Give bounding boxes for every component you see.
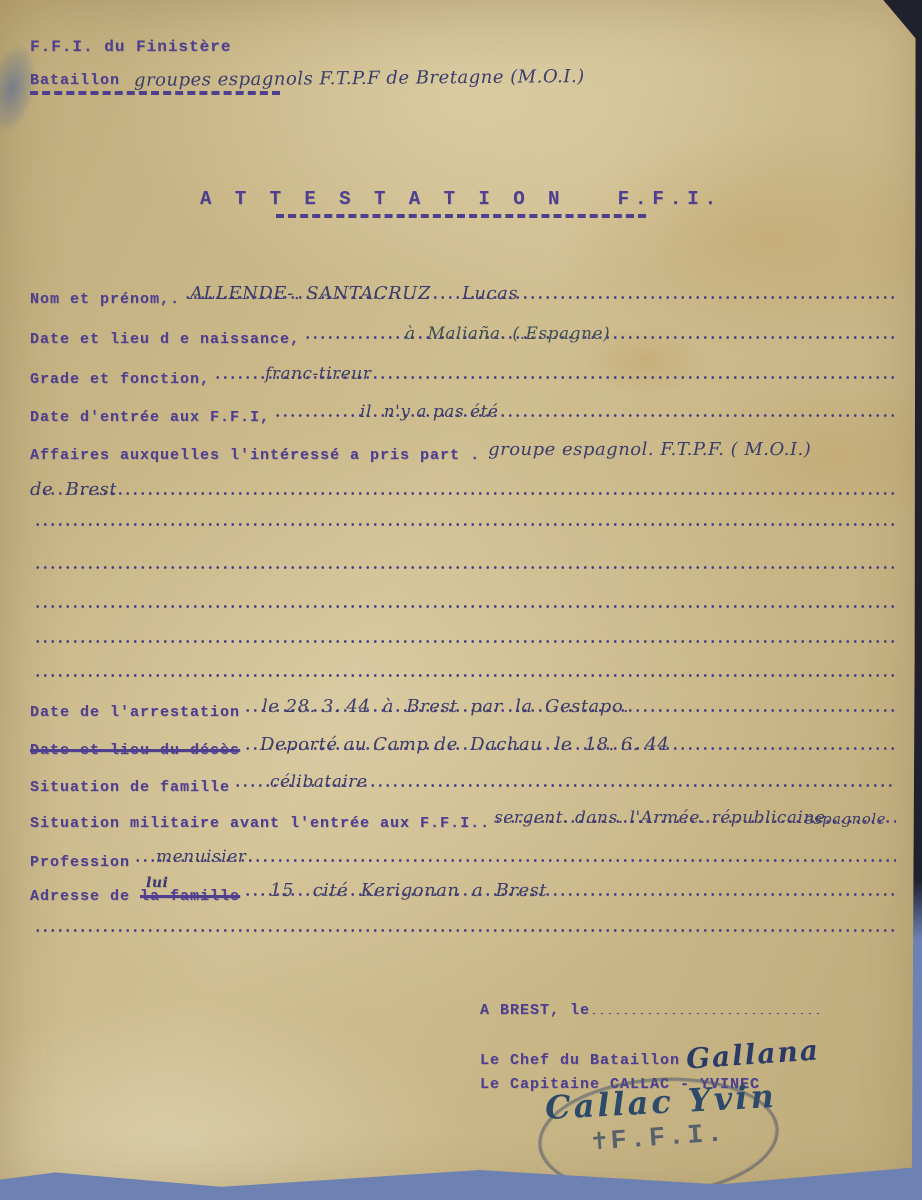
- dot-leader: [134, 858, 896, 863]
- field-affaires: Affaires auxquelles l'intéressé a pris p…: [30, 437, 896, 461]
- dot-leader: [34, 673, 896, 678]
- empty-dotted-line: [30, 551, 896, 575]
- field-famille-label: Situation de famille: [30, 779, 230, 796]
- field-militaire-label: Situation militaire avant l'entrée aux F…: [30, 815, 490, 832]
- place-date-label: A BREST, le: [480, 1002, 590, 1019]
- field-affaires-value: groupe espagnol. F.T.P.F. ( M.O.I.): [488, 439, 811, 460]
- field-deces-label-struck: Date et lieu du décès: [30, 742, 240, 759]
- field-arrestation-label: Date de l'arrestation: [30, 704, 240, 721]
- field-nom: Nom et prénom,. ALLENDE-. SANTACRUZ Luca…: [30, 281, 896, 305]
- dot-leader: [34, 565, 896, 570]
- field-deces: Date et lieu du décès Deporté au Camp de…: [30, 732, 896, 756]
- field-entree-ffi: Date d'entrée aux F.F.I, il n'y a pas ét…: [30, 399, 896, 423]
- empty-dotted-line: [30, 914, 896, 938]
- dashed-underline: [30, 91, 280, 95]
- field-naissance: Date et lieu d e naissance, à Maliaña. (…: [30, 321, 896, 345]
- field-deces-value: Deporté au Camp de Dachau le 18. 6. 44: [260, 734, 669, 755]
- organization-name: F.F.I. du Finistère: [30, 38, 585, 56]
- field-adresse-correction: lui: [146, 875, 168, 891]
- field-militaire-value: sergent. dans. l'Armée. républicaine: [494, 808, 825, 828]
- field-affaires-suite: de Brest: [30, 477, 896, 501]
- field-nom-value: ALLENDE-. SANTACRUZ Lucas: [190, 283, 518, 304]
- field-adresse-value: 15 cité Kerigonan a Brest: [270, 880, 547, 901]
- field-profession-label: Profession: [30, 854, 130, 871]
- dot-leader: [590, 1000, 820, 1014]
- field-adresse: Adresse de la famillelui 15 cité Kerigon…: [30, 878, 896, 902]
- field-affaires-label: Affaires auxquelles l'intéressé a pris p…: [30, 447, 480, 464]
- dot-leader: [34, 639, 896, 644]
- attestation-document-page: F.F.I. du Finistère Bataillon groupes es…: [0, 0, 922, 1200]
- field-profession: Profession menuisier: [30, 844, 896, 868]
- field-nom-label: Nom et prénom,.: [30, 291, 180, 308]
- dot-leader: [34, 604, 896, 609]
- field-militaire: Situation militaire avant l'entrée aux F…: [30, 805, 896, 829]
- field-affaires-suite-value: de Brest: [30, 479, 117, 500]
- field-profession-value: menuisier: [156, 847, 246, 867]
- field-arrestation: Date de l'arrestation le 28. 3. 44 à Bre…: [30, 694, 896, 718]
- field-adresse-label-prefix: Adresse de: [30, 888, 130, 905]
- field-entree-label: Date d'entrée aux F.F.I,: [30, 409, 270, 426]
- field-famille-value: célibataire: [270, 772, 368, 792]
- dot-leader: [34, 522, 896, 527]
- field-militaire-note: espagnole: [804, 810, 886, 828]
- dot-leader: [34, 928, 896, 933]
- field-famille: Situation de famille célibataire: [30, 769, 896, 793]
- document-header: F.F.I. du Finistère Bataillon groupes es…: [30, 38, 585, 95]
- field-entree-value: il n'y a pas été: [360, 402, 498, 422]
- empty-dotted-line: [30, 625, 896, 649]
- empty-dotted-line: [30, 508, 896, 532]
- field-arrestation-value: le 28. 3. 44 à Brest par la Gestapo.: [262, 696, 629, 717]
- battalion-handwritten-unit: groupes espagnols F.T.P.F de Bretagne (M…: [134, 66, 585, 91]
- empty-dotted-line: [30, 659, 896, 683]
- field-naissance-label: Date et lieu d e naissance,: [30, 331, 300, 348]
- dot-leader: [34, 491, 896, 496]
- chef-signature: Gallana: [685, 1033, 821, 1075]
- field-grade-value: franc-tireur: [265, 364, 371, 384]
- field-adresse-struck-text: la famillelui: [140, 888, 240, 905]
- chef-bataillon-label: Le Chef du Bataillon: [480, 1052, 680, 1069]
- field-grade: Grade et fonction, franc-tireur: [30, 361, 896, 385]
- field-grade-label: Grade et fonction,: [30, 371, 210, 388]
- title-dashed-underline: [276, 214, 646, 218]
- empty-dotted-line: [30, 590, 896, 614]
- document-title: A T T E S T A T I O N F.F.I.: [0, 188, 922, 210]
- field-naissance-value: à Maliaña. (.Espagne): [405, 324, 610, 344]
- document-title-block: A T T E S T A T I O N F.F.I.: [0, 188, 922, 218]
- battalion-label: Bataillon: [30, 72, 120, 89]
